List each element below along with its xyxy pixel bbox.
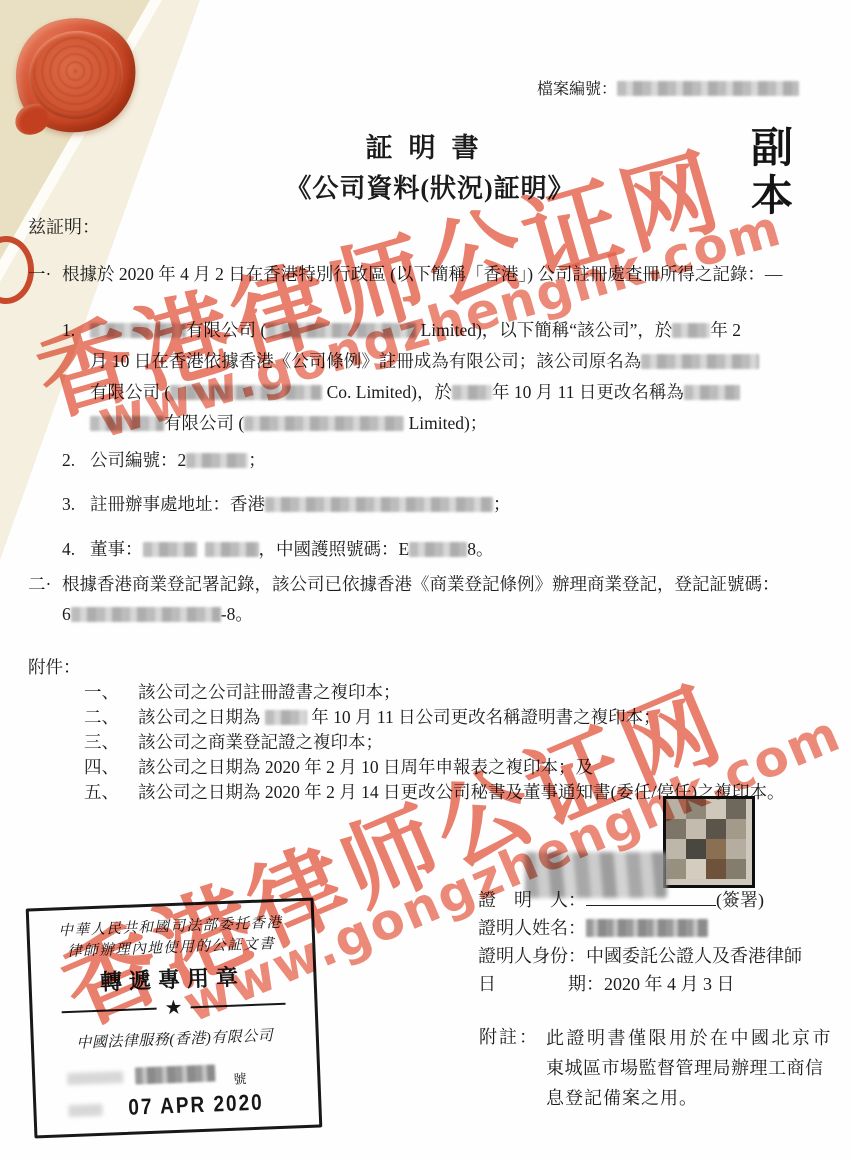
divider-bar-right: [191, 1002, 286, 1008]
intro-line: 兹証明：: [28, 213, 100, 239]
illegible-stamp-label: [67, 1070, 123, 1084]
document-title: 証明書: [105, 126, 755, 165]
item4-line: 4.董事：，中國護照號碼：E8。: [62, 536, 493, 561]
certificate-document: 檔案編號： 証明書 《公司資料(狀況)証明》 副 本 兹証明： 一·根據於 20…: [0, 0, 850, 1161]
stamp-title: 轉遞專用章: [35, 958, 310, 999]
attachment-row-4: 四、該公司之日期為 2020 年 2 月 10 日周年申報表之複印本；及: [84, 754, 593, 779]
former-name-en-redacted: [170, 385, 322, 400]
certifier-name-row: 證明人姓名：: [478, 914, 708, 940]
file-number-redacted: [617, 81, 799, 96]
item1-line4-text: 有限公司 (: [164, 413, 244, 433]
certifier-name-label: 證明人姓名：: [478, 918, 586, 938]
reg-number-prefix: 6: [62, 604, 71, 624]
item1-line3-text2: Co. Limited)，於: [322, 382, 452, 402]
attachment-2-year-redacted: [265, 710, 307, 725]
document-subtitle: 《公司資料(狀況)証明》: [105, 168, 755, 205]
attachment-3-text: 該公司之商業登記證之複印本；: [138, 732, 383, 752]
item4-text: 董事：: [90, 539, 143, 559]
company-name-en-redacted: [266, 323, 416, 338]
item2-number: 2.: [62, 450, 90, 471]
section1-text: 根據於 2020 年 4 月 2 日在香港特別行政區 (以下簡稱「香港」) 公司…: [62, 264, 782, 284]
file-number-row: 檔案編號：: [537, 76, 799, 99]
item4-text3: 8。: [467, 539, 493, 559]
attachment-row-2: 二、該公司之日期為 年 10 月 11 日公司更改名稱證明書之複印本；: [84, 704, 661, 729]
section2-marker: 二·: [28, 571, 62, 596]
item4-text2: ，中國護照號碼：E: [259, 539, 410, 559]
item2-text: 公司編號：2: [90, 450, 186, 470]
illegible-date-label: [68, 1104, 102, 1117]
item1-text3: 年 2: [710, 320, 741, 340]
attachments-label: 附件：: [28, 654, 81, 679]
section2-line2: 6-8。: [62, 601, 253, 626]
company-number-redacted: [186, 453, 248, 468]
item3-line: 3.註冊辦事處地址：香港；: [62, 491, 511, 516]
wax-seal-emboss: [22, 24, 130, 127]
company-name-redacted: [90, 323, 186, 338]
stamp-number-row: 號: [67, 1054, 314, 1094]
title-block: 証明書 《公司資料(狀況)証明》: [105, 126, 755, 205]
item1-text: 有限公司 (: [186, 320, 266, 340]
stamp-date: 07 APR 2020: [128, 1091, 264, 1122]
attachment-3-marker: 三、: [84, 729, 138, 754]
reg-number-suffix: -8。: [221, 604, 253, 624]
note-line-3: 息登記備案之用。: [546, 1083, 850, 1113]
item1-line3: 有限公司 ( Co. Limited)，於年 10 月 11 日更改名稱為: [90, 379, 740, 404]
certifier-row: 證 明 人：(簽署): [478, 886, 764, 912]
section1-line: 一·根據於 2020 年 4 月 2 日在香港特別行政區 (以下簡稱「香港」) …: [28, 261, 782, 286]
section2-line: 二·根據香港商業登記署記錄，該公司已依據香港《商業登記條例》辦理商業登記，登記証…: [28, 571, 780, 596]
attachment-row-3: 三、該公司之商業登記證之複印本；: [84, 729, 383, 754]
item2-text2: ；: [248, 450, 266, 470]
attachment-row-1: 一、該公司之公司註冊證書之複印本；: [84, 679, 401, 704]
item1-line2: 月 10 日在香港依據香港《公司條例》註冊成為有限公司；該公司原名為: [90, 348, 759, 373]
star-icon: ★: [156, 997, 191, 1018]
signature-line: [586, 891, 716, 906]
note-label: 附註：: [479, 1023, 539, 1049]
note-text: 此證明書僅限用於在中國北京市 東城區市場監督管理局辦理工商信 息登記備案之用。: [546, 1023, 850, 1113]
file-number-label: 檔案編號：: [537, 81, 617, 98]
certifier-label: 證 明 人：: [478, 890, 586, 910]
certifier-name-redacted: [586, 919, 708, 937]
stamp-divider: ★: [61, 994, 286, 1023]
reg-number-redacted: [71, 607, 221, 622]
new-name-redacted-2: [90, 416, 164, 431]
address-redacted: [265, 497, 493, 512]
certifier-photo-redacted: [663, 796, 755, 888]
item1-line4-text2: Limited)；: [404, 413, 487, 433]
new-name-redacted: [684, 385, 740, 400]
year-redacted: [672, 323, 710, 338]
sign-note: (簽署): [716, 890, 764, 910]
copy-stamp-char-2: 本: [744, 172, 800, 220]
transmission-stamp: 中華人民共和國司法部委托香港 律師辦理內地使用的公証文書 轉遞專用章 ★ 中國法…: [26, 898, 323, 1139]
item2-line: 2.公司編號：2；: [62, 447, 266, 472]
item1-line3-text3: 年 10 月 11 日更改名稱為: [492, 382, 684, 402]
divider-bar-left: [61, 1007, 156, 1013]
new-name-en-redacted: [244, 416, 404, 431]
stamp-date-row: 07 APR 2020: [68, 1091, 315, 1122]
attachment-5-marker: 五、: [84, 779, 138, 804]
certifier-identity-value: 中國委託公證人及香港律師: [586, 946, 802, 966]
stamp-company: 中國法律服務(香港)有限公司: [37, 1023, 312, 1055]
section1-marker: 一·: [28, 261, 62, 286]
photo-mosaic: [666, 799, 746, 879]
stamp-number-redacted: [135, 1064, 216, 1084]
item4-number: 4.: [62, 539, 90, 560]
certifier-identity-label: 證明人身份：: [478, 946, 586, 966]
attachment-1-text: 該公司之公司註冊證書之複印本；: [138, 682, 401, 702]
copy-stamp: 副 本: [744, 124, 800, 220]
attachment-1-marker: 一、: [84, 679, 138, 704]
attachment-2-text2: 年 10 月 11 日公司更改名稱證明書之複印本；: [307, 707, 661, 727]
certify-date-label: 日 期：: [478, 974, 604, 994]
attachment-2-marker: 二、: [84, 704, 138, 729]
stamp-number-suffix: 號: [233, 1068, 247, 1087]
section2-text: 根據香港商業登記署記錄，該公司已依據香港《商業登記條例》辦理商業登記，登記証號碼…: [62, 574, 780, 594]
note-line-1: 此證明書僅限用於在中國北京市: [546, 1023, 850, 1053]
former-name-redacted: [641, 354, 759, 369]
item1-line2-text: 月 10 日在香港依據香港《公司條例》註冊成為有限公司；該公司原名為: [90, 351, 641, 371]
item3-number: 3.: [62, 494, 90, 515]
note-line-2: 東城區市場監督管理局辦理工商信: [546, 1053, 850, 1083]
certifier-identity-row: 證明人身份：中國委託公證人及香港律師: [478, 942, 802, 968]
item1-line1: 1.有限公司 ( Limited)，以下簡稱“該公司”，於年 2: [62, 317, 741, 342]
item1-line3-text: 有限公司 (: [90, 382, 170, 402]
item1-text2: Limited)，以下簡稱“該公司”，於: [416, 320, 672, 340]
item3-text2: ；: [493, 494, 511, 514]
attachment-4-marker: 四、: [84, 754, 138, 779]
certify-date-value: 2020 年 4 月 3 日: [604, 974, 735, 994]
year-redacted-2: [452, 385, 492, 400]
item1-number: 1.: [62, 320, 90, 341]
director-name-redacted-2: [205, 542, 259, 557]
attachment-4-text: 該公司之日期為 2020 年 2 月 10 日周年申報表之複印本；及: [138, 757, 593, 777]
item1-line4: 有限公司 ( Limited)；: [90, 410, 487, 435]
attachment-2-text: 該公司之日期為: [138, 707, 265, 727]
item3-text: 註冊辦事處地址：香港: [90, 494, 265, 514]
director-name-redacted-1: [143, 542, 197, 557]
passport-number-redacted: [409, 542, 467, 557]
certify-date-row: 日 期：2020 年 4 月 3 日: [478, 970, 735, 996]
copy-stamp-char-1: 副: [744, 124, 800, 172]
